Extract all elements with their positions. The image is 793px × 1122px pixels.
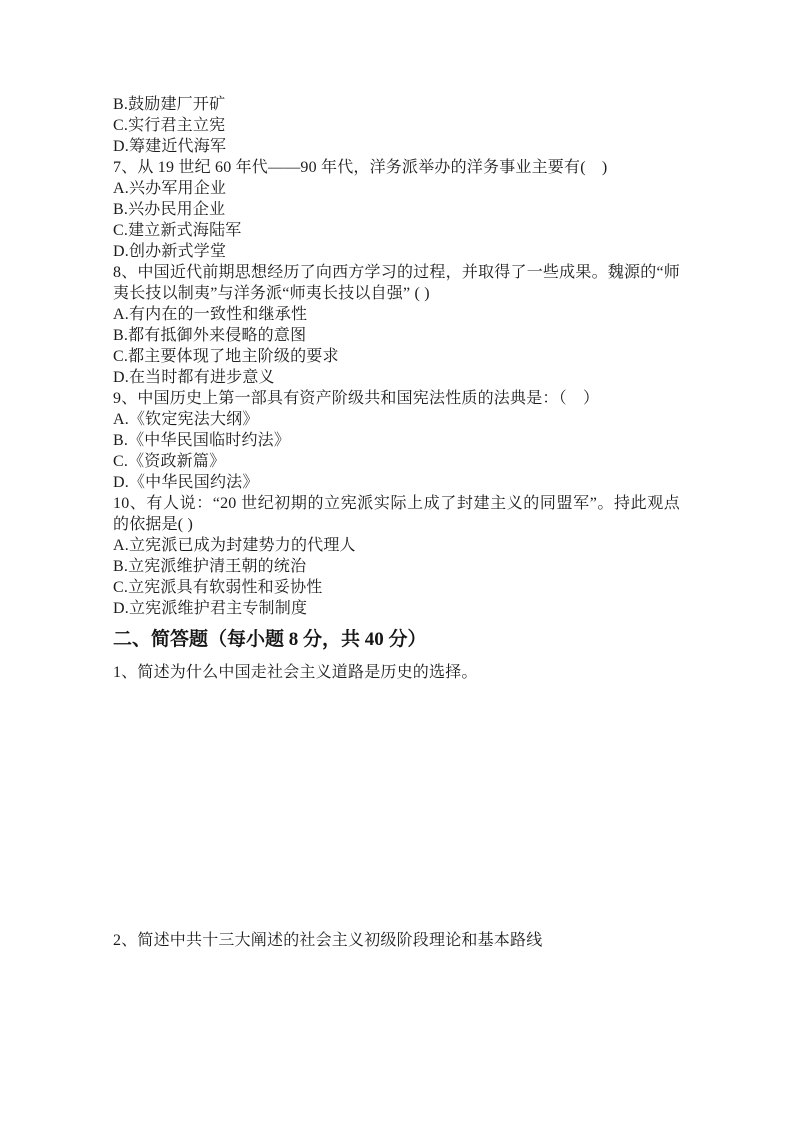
question-stem: 9、中国历史上第一部具有资产阶级共和国宪法性质的法典是：（ ）: [113, 388, 680, 409]
section-heading-short-answer: 二、简答题（每小题 8 分，共 40 分）: [113, 627, 680, 653]
choice-option: A.《钦定宪法大纲》: [113, 409, 680, 430]
choice-option: D.筹建近代海军: [113, 136, 680, 157]
choice-option: A.有内在的一致性和继承性: [113, 304, 680, 325]
question-stem: 8、中国近代前期思想经历了向西方学习的过程，并取得了一些成果。魏源的“师夷长技以…: [113, 262, 680, 304]
choice-option: B.兴办民用企业: [113, 199, 680, 220]
question-stem: 7、从 19 世纪 60 年代——90 年代，洋务派举办的洋务事业主要有( ): [113, 157, 680, 178]
choice-option: C.立宪派具有软弱性和妥协性: [113, 577, 680, 598]
multiple-choice-section: B.鼓励建厂开矿C.实行君主立宪D.筹建近代海军7、从 19 世纪 60 年代—…: [113, 94, 680, 619]
choice-option: B.《中华民国临时约法》: [113, 430, 680, 451]
choice-option: D.创办新式学堂: [113, 241, 680, 262]
short-answer-question-2: 2、简述中共十三大阐述的社会主义初级阶段理论和基本路线: [113, 930, 680, 951]
question-stem: 10、有人说：“20 世纪初期的立宪派实际上成了封建主义的同盟军”。持此观点的依…: [113, 493, 680, 535]
choice-option: B.都有抵御外来侵略的意图: [113, 325, 680, 346]
choice-option: C.实行君主立宪: [113, 115, 680, 136]
choice-option: D.在当时都有进步意义: [113, 367, 680, 388]
choice-option: A.兴办军用企业: [113, 178, 680, 199]
choice-option: D.《中华民国约法》: [113, 472, 680, 493]
choice-option: C.《资政新篇》: [113, 451, 680, 472]
choice-option: C.都主要体现了地主阶级的要求: [113, 346, 680, 367]
short-answer-question-1: 1、简述为什么中国走社会主义道路是历史的选择。: [113, 662, 680, 683]
exam-content: B.鼓励建厂开矿C.实行君主立宪D.筹建近代海军7、从 19 世纪 60 年代—…: [113, 94, 680, 951]
choice-option: A.立宪派已成为封建势力的代理人: [113, 535, 680, 556]
exam-page: B.鼓励建厂开矿C.实行君主立宪D.筹建近代海军7、从 19 世纪 60 年代—…: [0, 0, 793, 1122]
choice-option: C.建立新式海陆军: [113, 220, 680, 241]
choice-option: D.立宪派维护君主专制制度: [113, 598, 680, 619]
choice-option: B.鼓励建厂开矿: [113, 94, 680, 115]
choice-option: B.立宪派维护清王朝的统治: [113, 556, 680, 577]
